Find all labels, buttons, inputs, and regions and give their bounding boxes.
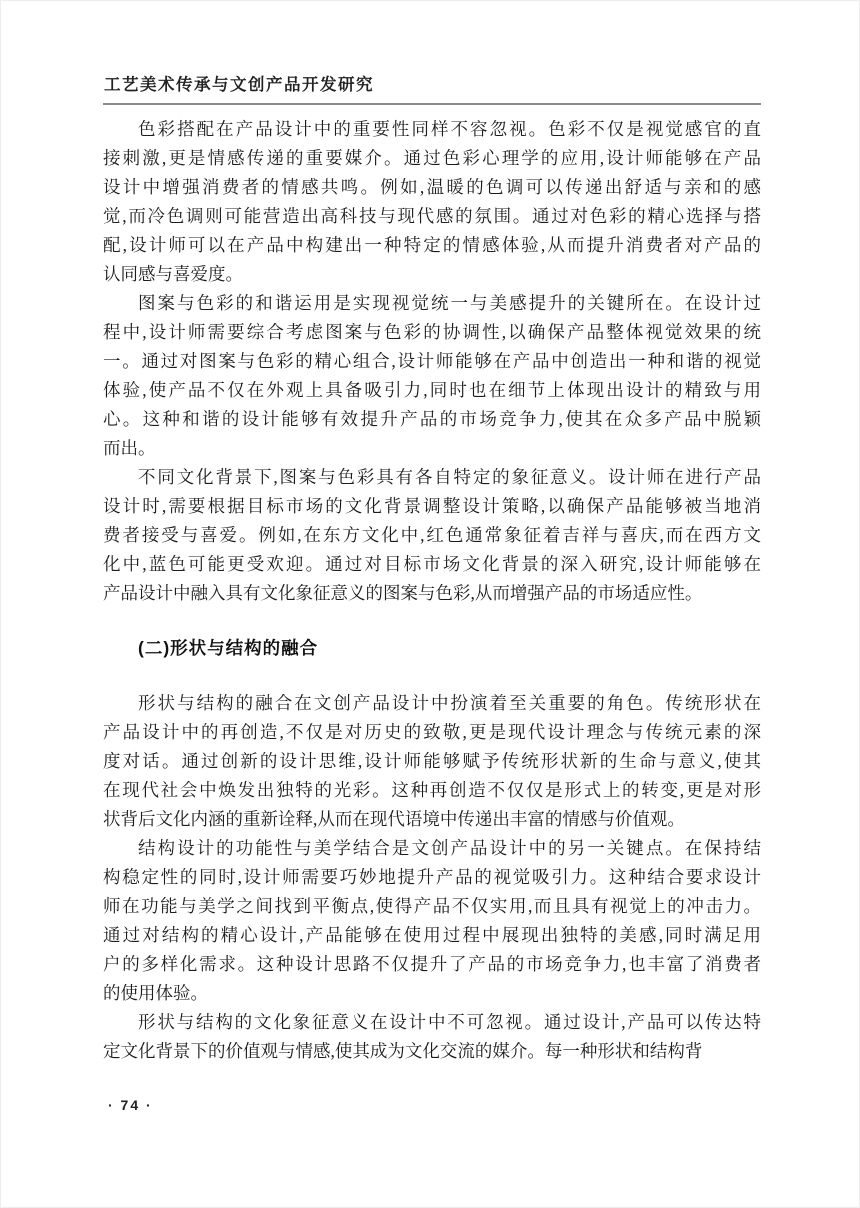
text-line: 师在功能与美学之间找到平衡点,使得产品不仅实用,而且具有视觉上的冲击力。 bbox=[103, 892, 761, 921]
text-line: 图案与色彩的和谐运用是实现视觉统一与美感提升的关键所在。在设计过 bbox=[103, 289, 761, 318]
text-line: 接刺激,更是情感传递的重要媒介。通过色彩心理学的应用,设计师能够在产品 bbox=[103, 144, 761, 173]
document-page: 工艺美术传承与文创产品开发研究 色彩搭配在产品设计中的重要性同样不容忽视。色彩不… bbox=[0, 0, 860, 1208]
paragraph: 结构设计的功能性与美学结合是文创产品设计中的另一关键点。在保持结构稳定性的同时,… bbox=[103, 834, 761, 1008]
text-line: 程中,设计师需要综合考虑图案与色彩的协调性,以确保产品整体视觉效果的统 bbox=[103, 318, 761, 347]
text-line: 产品设计中融入具有文化象征意义的图案与色彩,从而增强产品的市场适应性。 bbox=[103, 579, 761, 608]
document-body: 色彩搭配在产品设计中的重要性同样不容忽视。色彩不仅是视觉感官的直接刺激,更是情感… bbox=[103, 115, 761, 1066]
text-line: 形状与结构的融合在文创产品设计中扮演着至关重要的角色。传统形状在 bbox=[103, 689, 761, 718]
text-line: 状背后文化内涵的重新诠释,从而在现代语境中传递出丰富的情感与价值观。 bbox=[103, 805, 761, 834]
text-line: 不同文化背景下,图案与色彩具有各自特定的象征意义。设计师在进行产品 bbox=[103, 463, 761, 492]
text-line: 设计中增强消费者的情感共鸣。例如,温暖的色调可以传递出舒适与亲和的感 bbox=[103, 173, 761, 202]
text-line: 配,设计师可以在产品中构建出一种特定的情感体验,从而提升消费者对产品的 bbox=[103, 231, 761, 260]
text-line: 心。这种和谐的设计能够有效提升产品的市场竞争力,使其在众多产品中脱颖 bbox=[103, 405, 761, 434]
paragraph: 图案与色彩的和谐运用是实现视觉统一与美感提升的关键所在。在设计过程中,设计师需要… bbox=[103, 289, 761, 463]
text-line: 通过对结构的精心设计,产品能够在使用过程中展现出独特的美感,同时满足用 bbox=[103, 921, 761, 950]
text-line: 而出。 bbox=[103, 434, 761, 463]
text-line: 在现代社会中焕发出独特的光彩。这种再创造不仅仅是形式上的转变,更是对形 bbox=[103, 776, 761, 805]
text-line: 的使用体验。 bbox=[103, 979, 761, 1008]
text-line: 结构设计的功能性与美学结合是文创产品设计中的另一关键点。在保持结 bbox=[103, 834, 761, 863]
text-line: 体验,使产品不仅在外观上具备吸引力,同时也在细节上体现出设计的精致与用 bbox=[103, 376, 761, 405]
paragraph: 不同文化背景下,图案与色彩具有各自特定的象征意义。设计师在进行产品设计时,需要根… bbox=[103, 463, 761, 608]
text-line: 认同感与喜爱度。 bbox=[103, 260, 761, 289]
text-line: 户的多样化需求。这种设计思路不仅提升了产品的市场竞争力,也丰富了消费者 bbox=[103, 950, 761, 979]
text-line: 觉,而冷色调则可能营造出高科技与现代感的氛围。通过对色彩的精心选择与搭 bbox=[103, 202, 761, 231]
text-line: 定文化背景下的价值观与情感,使其成为文化交流的媒介。每一种形状和结构背 bbox=[103, 1037, 761, 1066]
page-number: · 74 · bbox=[108, 1097, 153, 1113]
running-head-title: 工艺美术传承与文创产品开发研究 bbox=[104, 71, 761, 95]
section-heading: (二)形状与结构的融合 bbox=[103, 634, 761, 663]
text-line: 一。通过对图案与色彩的精心组合,设计师能够在产品中创造出一种和谐的视觉 bbox=[103, 347, 761, 376]
text-line: 形状与结构的文化象征意义在设计中不可忽视。通过设计,产品可以传达特 bbox=[103, 1008, 761, 1037]
text-line: 设计时,需要根据目标市场的文化背景调整设计策略,以确保产品能够被当地消 bbox=[103, 492, 761, 521]
text-line: 构稳定性的同时,设计师需要巧妙地提升产品的视觉吸引力。这种结合要求设计 bbox=[103, 863, 761, 892]
text-line: 产品设计中的再创造,不仅是对历史的致敬,更是现代设计理念与传统元素的深 bbox=[103, 718, 761, 747]
text-line: 费者接受与喜爱。例如,在东方文化中,红色通常象征着吉祥与喜庆,而在西方文 bbox=[103, 521, 761, 550]
paragraph: 形状与结构的文化象征意义在设计中不可忽视。通过设计,产品可以传达特定文化背景下的… bbox=[103, 1008, 761, 1066]
header-rule bbox=[103, 103, 761, 105]
paragraph: 色彩搭配在产品设计中的重要性同样不容忽视。色彩不仅是视觉感官的直接刺激,更是情感… bbox=[103, 115, 761, 289]
text-line: 色彩搭配在产品设计中的重要性同样不容忽视。色彩不仅是视觉感官的直 bbox=[103, 115, 761, 144]
text-line: 度对话。通过创新的设计思维,设计师能够赋予传统形状新的生命与意义,使其 bbox=[103, 747, 761, 776]
paragraph: 形状与结构的融合在文创产品设计中扮演着至关重要的角色。传统形状在产品设计中的再创… bbox=[103, 689, 761, 834]
text-line: 化中,蓝色可能更受欢迎。通过对目标市场文化背景的深入研究,设计师能够在 bbox=[103, 550, 761, 579]
